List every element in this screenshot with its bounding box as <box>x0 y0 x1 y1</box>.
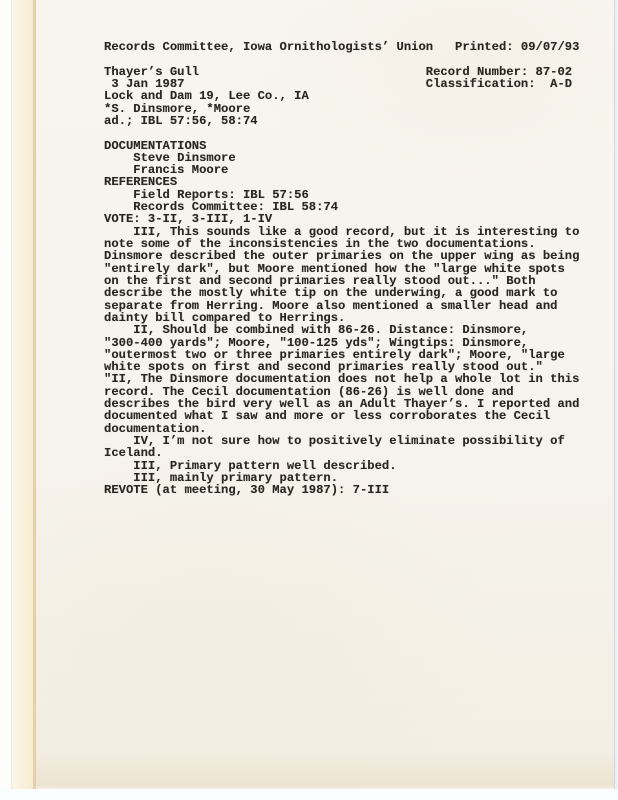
document-line: II, Should be combined with 86-26. Dista… <box>104 324 579 336</box>
document-line: describe the mostly white tip on the und… <box>104 287 579 299</box>
document-line: ad.; IBL 57:56, 58:74 <box>104 115 579 127</box>
document-line: REFERENCES <box>104 176 579 188</box>
document-line <box>104 127 579 139</box>
document-line: VOTE: 3-II, 3-III, 1-IV <box>104 213 579 225</box>
document-line: "II, The Dinsmore documentation does not… <box>104 373 579 385</box>
page-stack-edge <box>12 0 33 790</box>
document-line: DOCUMENTATIONS <box>104 140 579 152</box>
document-line: "300-400 yards"; Moore, "100-125 yds"; W… <box>104 337 579 349</box>
scanner-margin-bottom <box>0 789 618 800</box>
document-line: Iceland. <box>104 447 579 459</box>
document-line <box>104 53 579 65</box>
scanner-margin-right <box>614 0 618 790</box>
scanner-margin-left <box>0 0 12 790</box>
document-line: Lock and Dam 19, Lee Co., IA <box>104 90 579 102</box>
document-text: Records Committee, Iowa Ornithologists’ … <box>104 41 579 497</box>
document-line: Dinsmore described the outer primaries o… <box>104 250 579 262</box>
document-line: Records Committee, Iowa Ornithologists’ … <box>104 41 579 53</box>
document-page: Records Committee, Iowa Ornithologists’ … <box>36 0 614 789</box>
document-line: IV, I’m not sure how to positively elimi… <box>104 435 579 447</box>
document-line: documented what I saw and more or less c… <box>104 410 579 422</box>
document-line: REVOTE (at meeting, 30 May 1987): 7-III <box>104 484 579 496</box>
